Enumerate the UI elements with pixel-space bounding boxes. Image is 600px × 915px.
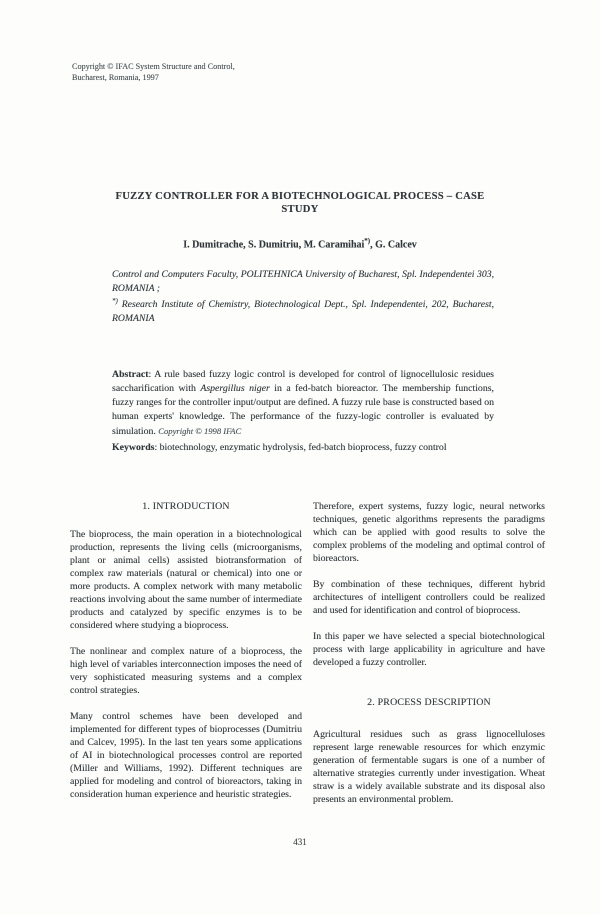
right-paragraph-2: By combination of these techniques, diff… xyxy=(313,578,545,617)
affiliation-2: *) Research Institute of Chemistry, Biot… xyxy=(112,295,494,325)
intro-paragraph-2: The nonlinear and complex nature of a bi… xyxy=(70,645,302,697)
right-paragraph-3: In this paper we have selected a special… xyxy=(313,630,545,669)
affiliation-1: Control and Computers Faculty, POLITEHNI… xyxy=(112,268,494,295)
paper-title: FUZZY CONTROLLER FOR A BIOTECHNOLOGICAL … xyxy=(0,190,600,216)
authors-part-2: , G. Calcev xyxy=(370,239,417,250)
intro-paragraph-1: The bioprocess, the main operation in a … xyxy=(70,528,302,632)
abstract-block: Abstract: A rule based fuzzy logic contr… xyxy=(112,368,494,439)
process-paragraph-1: Agricultural residues such as grass lign… xyxy=(313,728,545,806)
affiliation-2-text: Research Institute of Chemistry, Biotech… xyxy=(112,299,494,324)
copyright-line-2: Bucharest, Romania, 1997 xyxy=(72,73,302,84)
paper-title-line-2: STUDY xyxy=(0,203,600,216)
keywords-line: Keywords: biotechnology, enzymatic hydro… xyxy=(112,441,494,454)
abstract-label: Abstract xyxy=(112,369,148,380)
paper-page: Copyright © IFAC System Structure and Co… xyxy=(0,0,600,915)
left-column: 1. INTRODUCTION The bioprocess, the main… xyxy=(70,500,302,819)
right-paragraph-1: Therefore, expert systems, fuzzy logic, … xyxy=(313,500,545,565)
copyright-header: Copyright © IFAC System Structure and Co… xyxy=(72,62,302,83)
authors-line: I. Dumitrache, S. Dumitriu, M. Caramihai… xyxy=(0,237,600,250)
section-heading-introduction: 1. INTRODUCTION xyxy=(70,500,302,513)
intro-paragraph-3: Many control schemes have been developed… xyxy=(70,710,302,801)
authors-part-1: I. Dumitrache, S. Dumitriu, M. Caramihai xyxy=(183,239,364,250)
abstract-copyright-note: Copyright © 1998 IFAC xyxy=(158,426,241,436)
section-heading-process-description: 2. PROCESS DESCRIPTION xyxy=(313,696,545,709)
keywords-label: Keywords xyxy=(112,442,154,453)
body-columns: 1. INTRODUCTION The bioprocess, the main… xyxy=(70,500,546,819)
keywords-text: : biotechnology, enzymatic hydrolysis, f… xyxy=(154,442,446,453)
abstract-species-name: Aspergillus niger xyxy=(200,383,269,394)
copyright-line-1: Copyright © IFAC System Structure and Co… xyxy=(72,62,302,73)
affiliations-block: Control and Computers Faculty, POLITEHNI… xyxy=(112,268,494,325)
page-number: 431 xyxy=(0,837,600,847)
right-column: Therefore, expert systems, fuzzy logic, … xyxy=(313,500,545,819)
paper-title-line-1: FUZZY CONTROLLER FOR A BIOTECHNOLOGICAL … xyxy=(0,190,600,203)
